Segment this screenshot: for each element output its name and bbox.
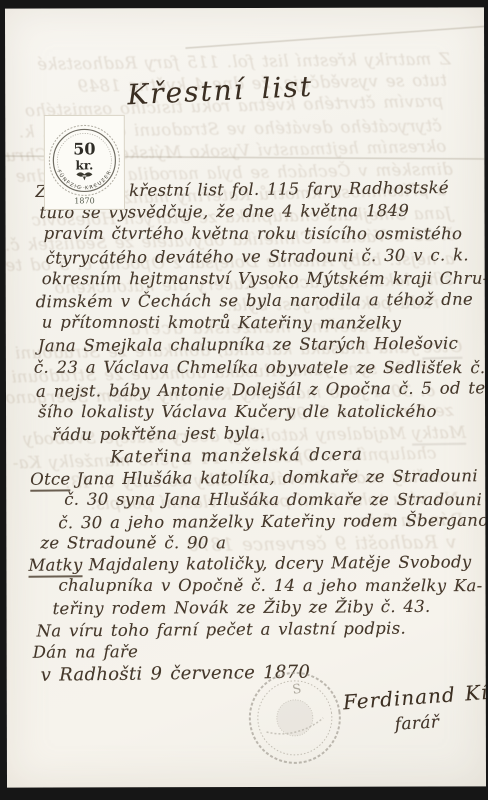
revenue-stamp: 50 kr. FÜNFZIG KREUZER 1870 <box>43 114 125 210</box>
mother-label: Matky <box>412 423 467 446</box>
stamp-value: 50 <box>73 139 95 158</box>
body-line: č. 23 a Václava Chmelíka obyvatele ze Se… <box>34 358 486 377</box>
father-line: č. 30 a jeho manželky Kateřiny rodem Šbe… <box>58 511 486 533</box>
father-line: OtceJana Hlušáka katolíka, domkaře ze St… <box>30 466 478 489</box>
paper-crease <box>185 25 484 50</box>
mother-line: teřiny rodem Novák ze Žiby ze Žiby č. 43… <box>52 597 430 618</box>
parish-seal: S <box>238 661 351 774</box>
body-line: dimském v Čechách se byla narodila a téh… <box>36 290 473 312</box>
body-line: pravím čtvrtého května roku tisícího osm… <box>44 224 463 243</box>
body-line: Jana Smejkala chalupníka ze Starých Hole… <box>38 334 458 356</box>
body-line: řádu pokřtěna jest byla. <box>52 423 265 444</box>
signature-title: farář <box>394 712 439 734</box>
mother-line: chalupníka v Opočně č. 14 a jeho manželk… <box>58 576 482 595</box>
document-title: Křestní list <box>127 70 314 112</box>
mother-label: Matky <box>28 555 82 577</box>
body-line: a nejst. báby Antonie Dolejšál z Opočna … <box>36 378 486 401</box>
father-line: ze Stradouně č. 90 a <box>40 533 226 552</box>
father-line: č. 30 syna Jana Hlušáka domkaře ze Strad… <box>64 490 482 509</box>
mother-line-text: Majdaleny katoličky, dcery Matěje Svobod… <box>89 552 472 574</box>
father-line-text: Jana Hlušáka katolíka, domkaře ze Strado… <box>77 466 478 488</box>
parish-seal-graphic: S <box>238 661 351 774</box>
issued-line: Dán na faře <box>33 642 139 662</box>
closing-line: Na víru toho farní pečet a vlastní podpi… <box>37 619 407 641</box>
stamp-unit: kr. <box>76 158 94 172</box>
body-line: okresním hejtmanství Vysoko Mýtském kraj… <box>42 269 486 288</box>
child-name-line: Kateřina manželská dcera <box>110 445 363 468</box>
body-line: Z matriky křestní list fol. 115 fary Rad… <box>37 49 451 73</box>
body-line: šího lokalisty Václava Kučery dle katoli… <box>38 402 437 421</box>
revenue-stamp-graphic: 50 kr. FÜNFZIG KREUZER 1870 <box>43 114 125 210</box>
body-line: čtyrycátého devátého ve Stradouni č. 30 … <box>46 245 469 267</box>
scanned-document-photo: { "page": { "background_color": "#161616… <box>0 0 488 800</box>
body-line: u přítomnosti kmotrů Kateřiny manželky <box>42 313 402 333</box>
father-label: Otce <box>30 469 71 491</box>
document-paper: Křestní list Z matriky křestní list fol.… <box>5 7 486 787</box>
stamp-year: 1870 <box>74 196 94 205</box>
mother-line: MatkyMajdaleny katoličky, dcery Matěje S… <box>28 552 471 574</box>
handwriting-stack: Křestní list Z matriky křestní list fol.… <box>5 7 484 8</box>
signature-name: Ferdinand Kímek <box>342 677 486 715</box>
seal-letter: S <box>291 682 302 698</box>
